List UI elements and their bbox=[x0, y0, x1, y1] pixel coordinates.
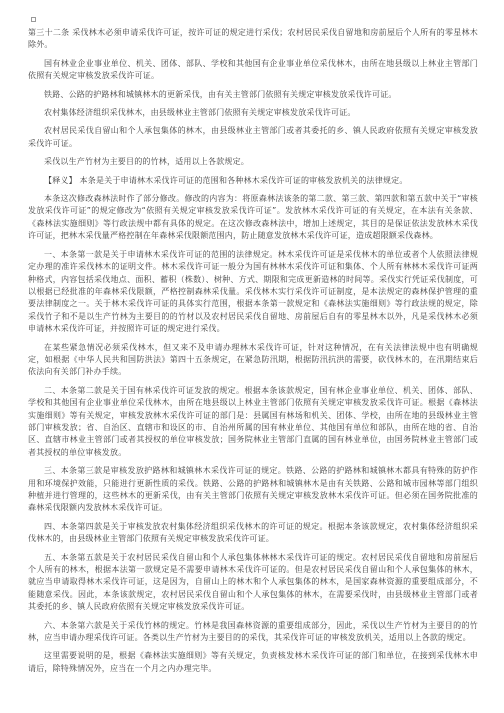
document-page: 第三十二条 采伐林木必须申请采伐许可证，按许可证的规定进行采伐；农村居民采伐自留… bbox=[0, 0, 504, 713]
page-anchor-square-icon bbox=[31, 17, 36, 22]
interpretation-item-1-note: 在某些紧急情况必须采伐林木，但又来不及申请办理林木采伐许可证，针对这种情况，在有… bbox=[28, 342, 478, 379]
interpretation-item-1: 一、本条第一款是关于申请林木采伐许可证的范围的法律规定。林木采伐许可证是采伐林木… bbox=[28, 249, 478, 336]
article-clause-4: 农村集体经济组织采伐林木，由县级林业主管部门依照有关规定审核发放采伐许可证。 bbox=[28, 107, 478, 119]
article-clause-3: 铁路、公路的护路林和城镇林木的更新采伐，由有关主管部门依照有关规定审核发放采伐许… bbox=[28, 89, 478, 101]
document-viewport: { "page": { "background": "#ffffff", "te… bbox=[0, 0, 504, 713]
interpretation-heading: 【释义】 本条是关于申请林木采伐许可证的范围和各种林木采伐许可证的审核发放机关的… bbox=[28, 175, 478, 187]
interpretation-intro: 本条这次修改森林法时作了部分修改。修改的内容为：将原森林法该条的第二款、第三款、… bbox=[28, 193, 478, 243]
interpretation-item-4: 四、本条第四款是关于审核发放农村集体经济组织采伐林木的许可证的规定。根据本条该款… bbox=[28, 521, 478, 546]
interpretation-item-5: 五、本条第五款是关于农村居民采伐自留山和个人承包集体林林木采伐许可证的规定。农村… bbox=[28, 552, 478, 614]
article-body: 第三十二条 采伐林木必须申请采伐许可证，按许可证的规定进行采伐；农村居民采伐自留… bbox=[28, 27, 478, 681]
interpretation-item-2: 二、本条第二款是关于国有林采伐许可证发放的规定。根据本条该款规定，国有林企业事业… bbox=[28, 385, 478, 459]
closing-note: 这里需要说明的是，根据《森林法实施细则》等有关规定，负责核发林木采伐许可证的部门… bbox=[28, 650, 478, 675]
article-clause-1: 第三十二条 采伐林木必须申请采伐许可证，按许可证的规定进行采伐；农村居民采伐自留… bbox=[28, 27, 478, 52]
article-clause-5: 农村居民采伐自留山和个人承包集体的林木，由县级林业主管部门或者其委托的乡、镇人民… bbox=[28, 125, 478, 150]
interpretation-item-3: 三、本条第三款是审核发放护路林和城镇林木采伐许可证的规定。铁路、公路的护路林和城… bbox=[28, 465, 478, 515]
interpretation-item-6: 六、本条第六款是关于采伐竹林的规定。竹林是我国森林资源的重要组成部分，因此，采伐… bbox=[28, 620, 478, 645]
article-clause-6: 采伐以生产竹材为主要目的的竹林，适用以上各款规定。 bbox=[28, 156, 478, 168]
article-clause-2: 国有林业企业事业单位、机关、团体、部队、学校和其他国有企业事业单位采伐林木，由所… bbox=[28, 58, 478, 83]
